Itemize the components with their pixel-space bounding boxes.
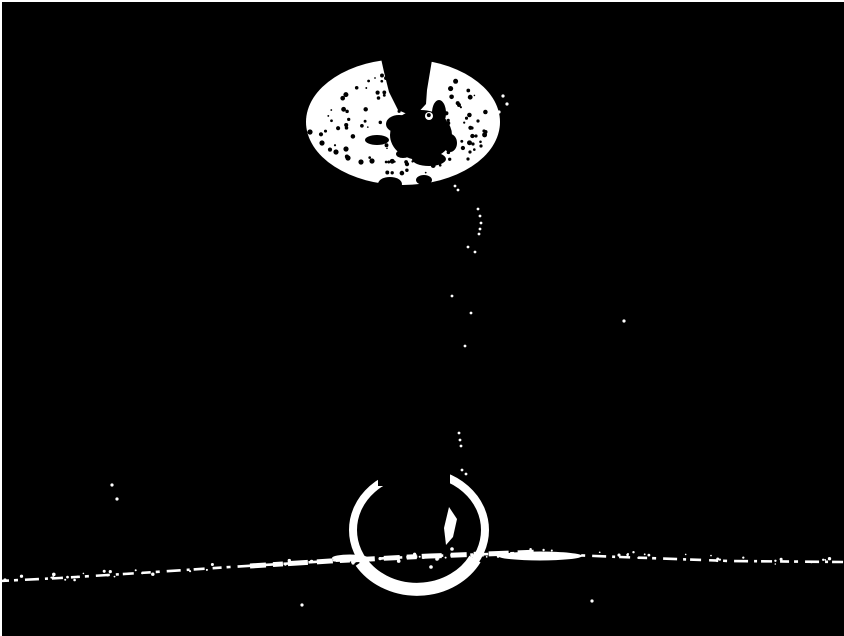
- scene-canvas: [0, 0, 844, 636]
- binary-photo: [0, 0, 844, 636]
